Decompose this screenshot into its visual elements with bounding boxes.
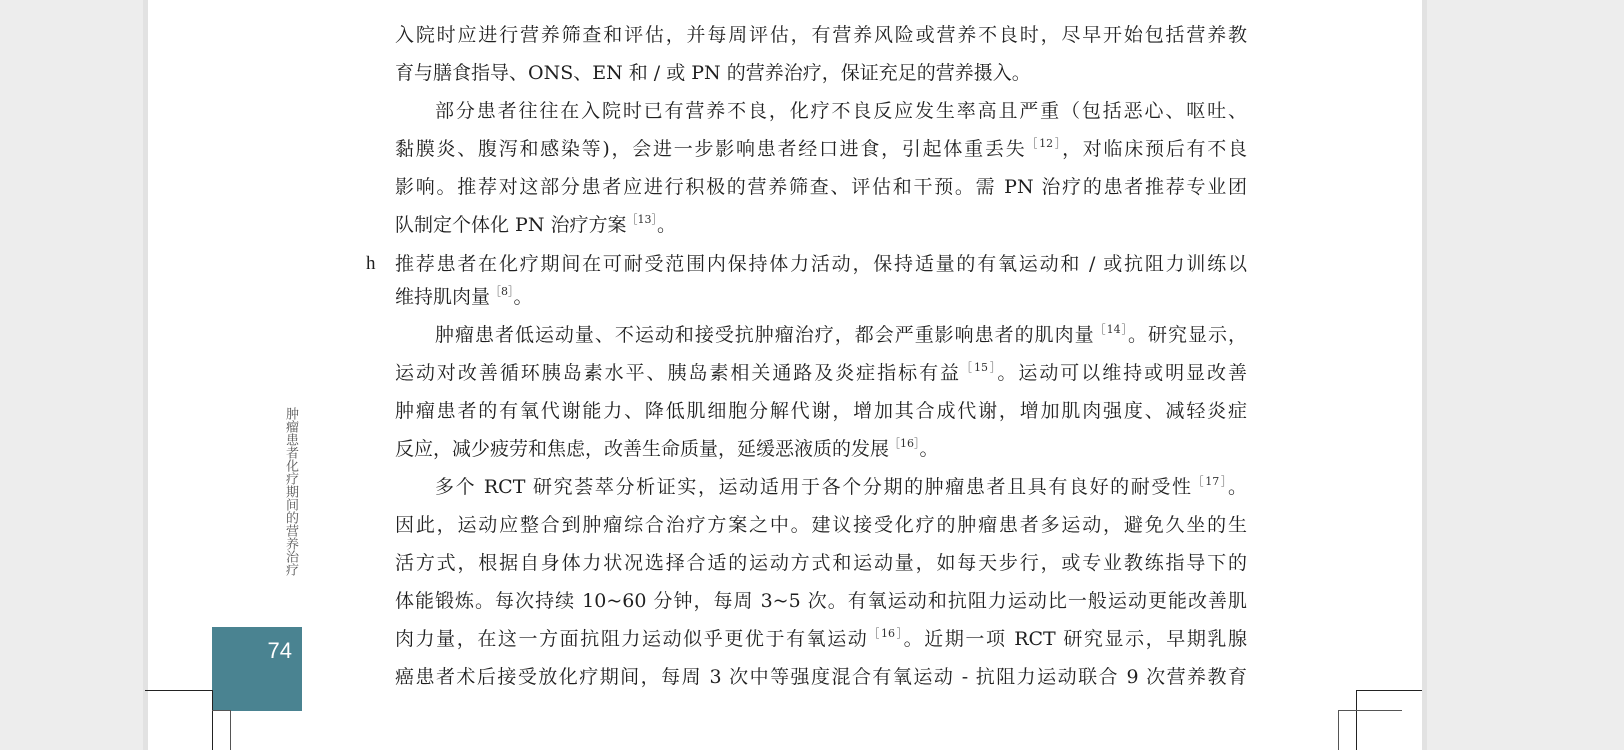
text-line: 多个 RCT 研究荟萃分析证实，运动适用于各个分期的肿瘤患者且具有良好的耐受性［… bbox=[395, 472, 1247, 502]
text-run: 。 bbox=[1228, 476, 1247, 498]
text-run: 。运动可以维持或明显改善 bbox=[997, 362, 1247, 384]
citation-ref[interactable]: ［16］ bbox=[868, 627, 903, 640]
text-line: 黏膜炎、腹泻和感染等)，会进一步影响患者经口进食，引起体重丢失［12］，对临床预… bbox=[395, 134, 1247, 164]
crop-mark bbox=[1356, 710, 1402, 711]
text-line: 运动对改善循环胰岛素水平、胰岛素相关通路及炎症指标有益［15］。运动可以维持或明… bbox=[395, 358, 1247, 388]
text-line: 癌患者术后接受放化疗期间，每周 3 次中等强度混合有氧运动 - 抗阻力运动联合 … bbox=[395, 662, 1247, 692]
text-line: 入院时应进行营养筛查和评估，并每周评估，有营养风险或营养不良时，尽早开始包括营养… bbox=[395, 20, 1247, 50]
citation-ref[interactable]: ［16］ bbox=[889, 437, 920, 450]
page-number: 74 bbox=[268, 638, 292, 664]
recommendation-line: h 推荐患者在化疗期间在可耐受范围内保持体力活动，保持适量的有氧运动和 / 或抗… bbox=[395, 249, 1247, 279]
citation-ref[interactable]: ［15］ bbox=[961, 361, 997, 374]
text-line: 活方式，根据自身体力状况选择合适的运动方式和运动量，如每天步行，或专业教练指导下… bbox=[395, 548, 1247, 578]
text-line: 部分患者往往在入院时已有营养不良，化疗不良反应发生率高且严重（包括恶心、呕吐、 bbox=[395, 96, 1247, 126]
crop-mark bbox=[1338, 710, 1356, 711]
text-line: 体能锻炼。每次持续 10~60 分钟，每周 3~5 次。有氧运动和抗阻力运动比一… bbox=[395, 586, 1247, 616]
running-side-title: 肿瘤患者化疗期间的营养治疗 bbox=[281, 407, 297, 576]
text-run: ，对临床预后有不良 bbox=[1062, 138, 1247, 160]
text-run: 运动对改善循环胰岛素水平、胰岛素相关通路及炎症指标有益 bbox=[395, 362, 961, 384]
crop-mark bbox=[230, 710, 231, 750]
citation-ref[interactable]: ［8］ bbox=[490, 285, 514, 298]
text-line: 维持肌肉量［8］。 bbox=[395, 282, 533, 312]
text-line: 肉力量，在这一方面抗阻力运动似乎更优于有氧运动［16］。近期一项 RCT 研究显… bbox=[395, 624, 1247, 654]
text-run: 多个 RCT 研究荟萃分析证实，运动适用于各个分期的肿瘤患者且具有良好的耐受性 bbox=[435, 476, 1193, 498]
crop-mark bbox=[1356, 690, 1422, 691]
text-run: 。研究显示， bbox=[1128, 324, 1247, 346]
crop-mark bbox=[1356, 690, 1357, 750]
text-run: 队制定个体化 PN 治疗方案 bbox=[395, 214, 627, 236]
text-line: 肿瘤患者的有氧代谢能力、降低肌细胞分解代谢，增加其合成代谢，增加肌肉强度、减轻炎… bbox=[395, 396, 1247, 426]
crop-mark bbox=[212, 690, 213, 750]
list-marker: h bbox=[366, 249, 376, 279]
text-run: 。 bbox=[657, 214, 676, 236]
text-line: 肿瘤患者低运动量、不运动和接受抗肿瘤治疗，都会严重影响患者的肌肉量［14］。研究… bbox=[395, 320, 1247, 350]
crop-mark bbox=[145, 690, 212, 691]
citation-ref[interactable]: ［17］ bbox=[1193, 475, 1228, 488]
citation-ref[interactable]: ［12］ bbox=[1026, 137, 1062, 150]
text-run: 。 bbox=[920, 438, 939, 460]
text-run: 。近期一项 RCT 研究显示，早期乳腺 bbox=[904, 628, 1247, 650]
text-run: 黏膜炎、腹泻和感染等)，会进一步影响患者经口进食，引起体重丢失 bbox=[395, 138, 1026, 160]
crop-mark bbox=[1338, 710, 1339, 750]
document-viewer: 入院时应进行营养筛查和评估，并每周评估，有营养风险或营养不良时，尽早开始包括营养… bbox=[0, 0, 1624, 750]
text-line: 因此，运动应整合到肿瘤综合治疗方案之中。建议接受化疗的肿瘤患者多运动，避免久坐的… bbox=[395, 510, 1247, 540]
text-line: 队制定个体化 PN 治疗方案［13］。 bbox=[395, 210, 676, 240]
text-run: 推荐患者在化疗期间在可耐受范围内保持体力活动，保持适量的有氧运动和 / 或抗阻力… bbox=[395, 253, 1247, 275]
citation-ref[interactable]: ［13］ bbox=[627, 213, 658, 226]
text-run: 肿瘤患者低运动量、不运动和接受抗肿瘤治疗，都会严重影响患者的肌肉量 bbox=[435, 324, 1095, 346]
text-run: 反应，减少疲劳和焦虑，改善生命质量，延缓恶液质的发展 bbox=[395, 438, 889, 460]
text-run: 维持肌肉量 bbox=[395, 286, 490, 308]
page-number-tab: 74 bbox=[212, 627, 302, 711]
text-line: 反应，减少疲劳和焦虑，改善生命质量，延缓恶液质的发展［16］。 bbox=[395, 434, 939, 464]
text-run: 。 bbox=[514, 286, 533, 308]
citation-ref[interactable]: ［14］ bbox=[1095, 323, 1128, 336]
page-edge-right bbox=[1422, 0, 1427, 750]
document-page: 入院时应进行营养筛查和评估，并每周评估，有营养风险或营养不良时，尽早开始包括营养… bbox=[148, 0, 1422, 750]
text-line: 育与膳食指导、ONS、EN 和 / 或 PN 的营养治疗，保证充足的营养摄入。 bbox=[395, 58, 1031, 88]
crop-mark bbox=[212, 710, 230, 711]
text-line: 影响。推荐对这部分患者应进行积极的营养筛查、评估和干预。需 PN 治疗的患者推荐… bbox=[395, 172, 1247, 202]
text-run: 肉力量，在这一方面抗阻力运动似乎更优于有氧运动 bbox=[395, 628, 868, 650]
